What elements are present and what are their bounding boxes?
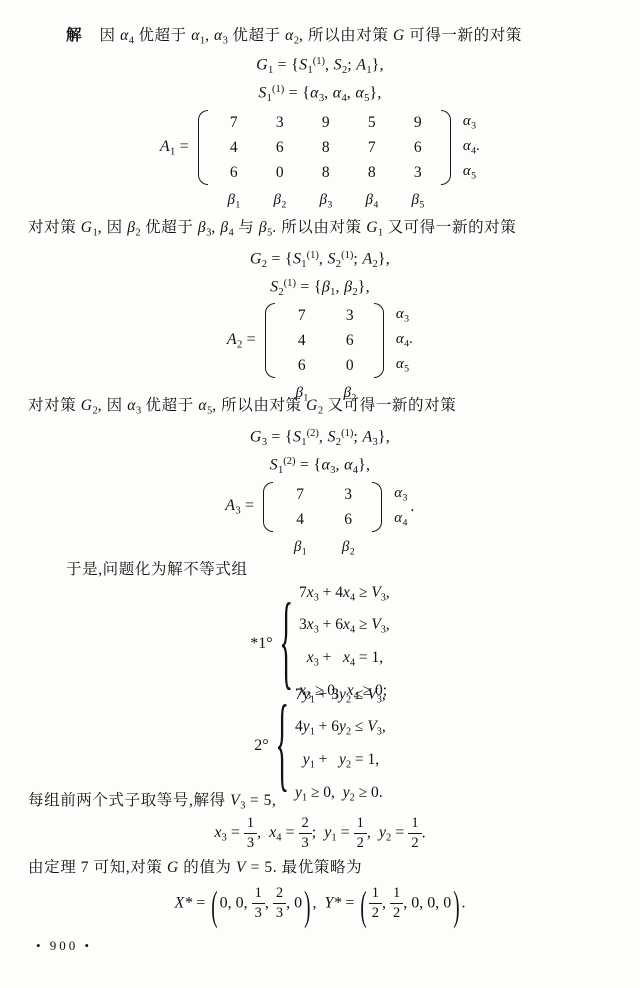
optimal-strategy-line: X* = (0, 0, 13, 23, 0), Y* = (12, 12, 0,… [0, 886, 640, 921]
system-line: x3 + x4 = 1, [299, 644, 383, 677]
system-line: 7x3 + 4x4 ≥ V3, [299, 579, 390, 612]
math-text: , [382, 894, 390, 911]
fraction: 13 [252, 886, 265, 921]
matrix-cell: 6 [326, 332, 374, 350]
math-text: x3 = [214, 824, 243, 841]
matrix-a3: A3 =7346α3α4.β1β2 [225, 482, 414, 559]
equation-s3: S1(2) = {α3, α4}, [0, 456, 640, 476]
left-brace-icon: { [279, 591, 293, 698]
matrix-cell: 4 [278, 332, 326, 350]
matrix-row-label: α4. [454, 138, 480, 156]
matrix-a1: A1 =739594687660883α3α4.α5β1β2β3β4β5 [160, 110, 480, 212]
paragraph-inequalities-intro: 于是,问题化为解不等式组 [66, 560, 248, 580]
page-number: • 900 • [36, 938, 92, 954]
matrix-col-label: β2 [257, 186, 303, 210]
matrix-col-label: β1 [276, 533, 324, 557]
paragraph-solution-intro: 解因 α4 优超于 α1, α3 优超于 α2, 所以由对策 G 可得一新的对策 [66, 26, 522, 52]
paragraph-theorem-conclusion: 由定理 7 可知,对策 G 的值为 V = 5. 最优策略为 [28, 858, 362, 878]
matrix-cell: 9 [395, 114, 441, 132]
matrix-col-label: β4 [349, 186, 395, 210]
solution-values-line: x3 = 13, x4 = 23; y1 = 12, y2 = 12. [0, 816, 640, 851]
scanned-textbook-page: 解因 α4 优超于 α1, α3 优超于 α2, 所以由对策 G 可得一新的对策… [0, 0, 640, 988]
matrix-cell: 7 [276, 486, 324, 504]
matrix-a1-wrapper: A1 =739594687660883α3α4.α5β1β2β3β4β5 [0, 110, 640, 212]
math-text: , 0 [286, 894, 302, 911]
matrix-col-label: β3 [303, 186, 349, 210]
matrix-punctuation: . [407, 498, 414, 516]
matrix-cell: 8 [349, 164, 395, 182]
matrix-cell: 4 [211, 139, 257, 157]
matrix-cell: 5 [349, 114, 395, 132]
inequality-system-2: 2° { 7y1 + 3y2 ≤ V3,4y1 + 6y2 ≤ V3, y1 +… [0, 694, 640, 798]
math-text: , [265, 894, 273, 911]
left-brace-icon: { [275, 693, 289, 800]
fraction-numerator: 2 [273, 886, 286, 903]
math-text: 0, 0, [220, 894, 252, 911]
matrix-row-label: α4 [385, 510, 407, 528]
big-paren: ) [302, 887, 312, 928]
right-paren-icon [441, 110, 451, 185]
math-text: , 0, 0, 0 [403, 894, 451, 911]
fraction-numerator: 1 [369, 886, 382, 903]
big-paren: ( [358, 887, 368, 928]
matrix-cell: 3 [324, 486, 372, 504]
left-paren-icon [198, 110, 208, 185]
big-paren: ) [451, 887, 461, 928]
fraction: 12 [408, 816, 421, 851]
matrix-label: A2 = [227, 331, 265, 351]
matrix-cell: 4 [276, 511, 324, 529]
math-text: ; y1 = [312, 824, 354, 841]
matrix-label: A3 = [225, 497, 263, 517]
fraction: 23 [299, 816, 312, 851]
fraction-denominator: 2 [408, 833, 421, 851]
fraction: 13 [244, 816, 257, 851]
right-paren-icon [372, 482, 382, 532]
fraction-denominator: 2 [354, 833, 367, 851]
equation-s1: S1(1) = {α3, α4, α5}, [0, 84, 640, 104]
fraction: 12 [354, 816, 367, 851]
matrix-cell: 3 [326, 307, 374, 325]
matrix-a3-wrapper: A3 =7346α3α4.β1β2 [0, 482, 640, 559]
matrix-cell: 8 [303, 139, 349, 157]
fraction-numerator: 1 [390, 886, 403, 903]
system-2-label: 2° [254, 737, 268, 755]
system-1-label: *1° [250, 635, 272, 653]
system-2-lines: 7y1 + 3y2 ≤ V3,4y1 + 6y2 ≤ V3, y1 + y2 =… [295, 681, 386, 811]
system-line: 3x3 + 6x4 ≥ V3, [299, 611, 390, 644]
matrix-row-label: α3 [454, 113, 480, 131]
fraction: 23 [273, 886, 286, 921]
math-text: , y2 = [367, 824, 408, 841]
matrix-row-label: α5 [454, 163, 480, 181]
fraction-numerator: 1 [354, 816, 367, 833]
solution-label: 解 [66, 27, 84, 44]
matrix-cell: 6 [324, 511, 372, 529]
matrix-col-label: β2 [324, 533, 372, 557]
left-paren-icon [265, 303, 275, 378]
matrix-cell: 9 [303, 114, 349, 132]
left-paren-icon [263, 482, 273, 532]
matrix-cell: 7 [349, 139, 395, 157]
fraction-denominator: 3 [244, 833, 257, 851]
matrix-cell: 8 [303, 164, 349, 182]
matrix-cell: 0 [326, 357, 374, 375]
math-text: X* = [174, 894, 209, 911]
math-text: . [462, 894, 466, 911]
matrix-cell: 3 [395, 164, 441, 182]
paragraph-g2-domination: 对对策 G2, 因 α3 优超于 α5, 所以由对策 G2 又可得一新的对策 [28, 396, 456, 422]
equation-g3: G3 = {S1(2), S2(1); A3}, [0, 428, 640, 448]
fraction: 12 [369, 886, 382, 921]
paragraph-equality-note: 每组前两个式子取等号,解得 V3 = 5, [28, 791, 276, 817]
paragraph-text: 因 α4 优超于 α1, α3 优超于 α2, 所以由对策 G 可得一新的对策 [100, 27, 522, 44]
matrix-a2: A2 =734660α3α4.α5β1β2 [227, 303, 413, 405]
matrix-row-label: α3 [387, 306, 413, 324]
matrix-cell: 6 [257, 139, 303, 157]
equation-g2: G2 = {S1(1), S2(1); A2}, [0, 250, 640, 270]
fraction: 12 [390, 886, 403, 921]
system-line: 7y1 + 3y2 ≤ V3, [295, 681, 386, 714]
matrix-col-label: β1 [211, 186, 257, 210]
matrix-col-label: β5 [395, 186, 441, 210]
fraction-numerator: 2 [299, 816, 312, 833]
fraction-denominator: 3 [299, 833, 312, 851]
fraction-denominator: 3 [252, 903, 265, 921]
math-text: , x4 = [257, 824, 298, 841]
matrix-cell: 0 [257, 164, 303, 182]
equation-g1: G1 = {S1(1), S2; A1}, [0, 56, 640, 76]
matrix-row-label: α4. [387, 331, 413, 349]
paragraph-g1-domination: 对对策 G1, 因 β2 优超于 β3, β4 与 β5. 所以由对策 G1 又… [28, 218, 516, 244]
matrix-label: A1 = [160, 138, 198, 158]
system-line: y1 ≥ 0, y2 ≥ 0. [295, 779, 383, 812]
equation-s2: S2(1) = {β1, β2}, [0, 278, 640, 298]
matrix-row-label: α5 [387, 356, 413, 374]
fraction-denominator: 2 [390, 903, 403, 921]
system-line: 4y1 + 6y2 ≤ V3, [295, 713, 386, 746]
fraction-numerator: 1 [252, 886, 265, 903]
matrix-cell: 7 [211, 114, 257, 132]
matrix-cell: 3 [257, 114, 303, 132]
math-text: . [422, 824, 426, 841]
matrix-cell: 7 [278, 307, 326, 325]
matrix-cell: 6 [395, 139, 441, 157]
big-paren: ( [209, 887, 219, 928]
matrix-cell: 6 [278, 357, 326, 375]
fraction-denominator: 2 [369, 903, 382, 921]
right-paren-icon [374, 303, 384, 378]
system-line: y1 + y2 = 1, [295, 746, 379, 779]
matrix-cell: 6 [211, 164, 257, 182]
matrix-a2-wrapper: A2 =734660α3α4.α5β1β2 [0, 303, 640, 405]
fraction-denominator: 3 [273, 903, 286, 921]
fraction-numerator: 1 [408, 816, 421, 833]
matrix-row-label: α3 [385, 485, 407, 503]
math-text: , Y* = [312, 894, 358, 911]
fraction-numerator: 1 [244, 816, 257, 833]
